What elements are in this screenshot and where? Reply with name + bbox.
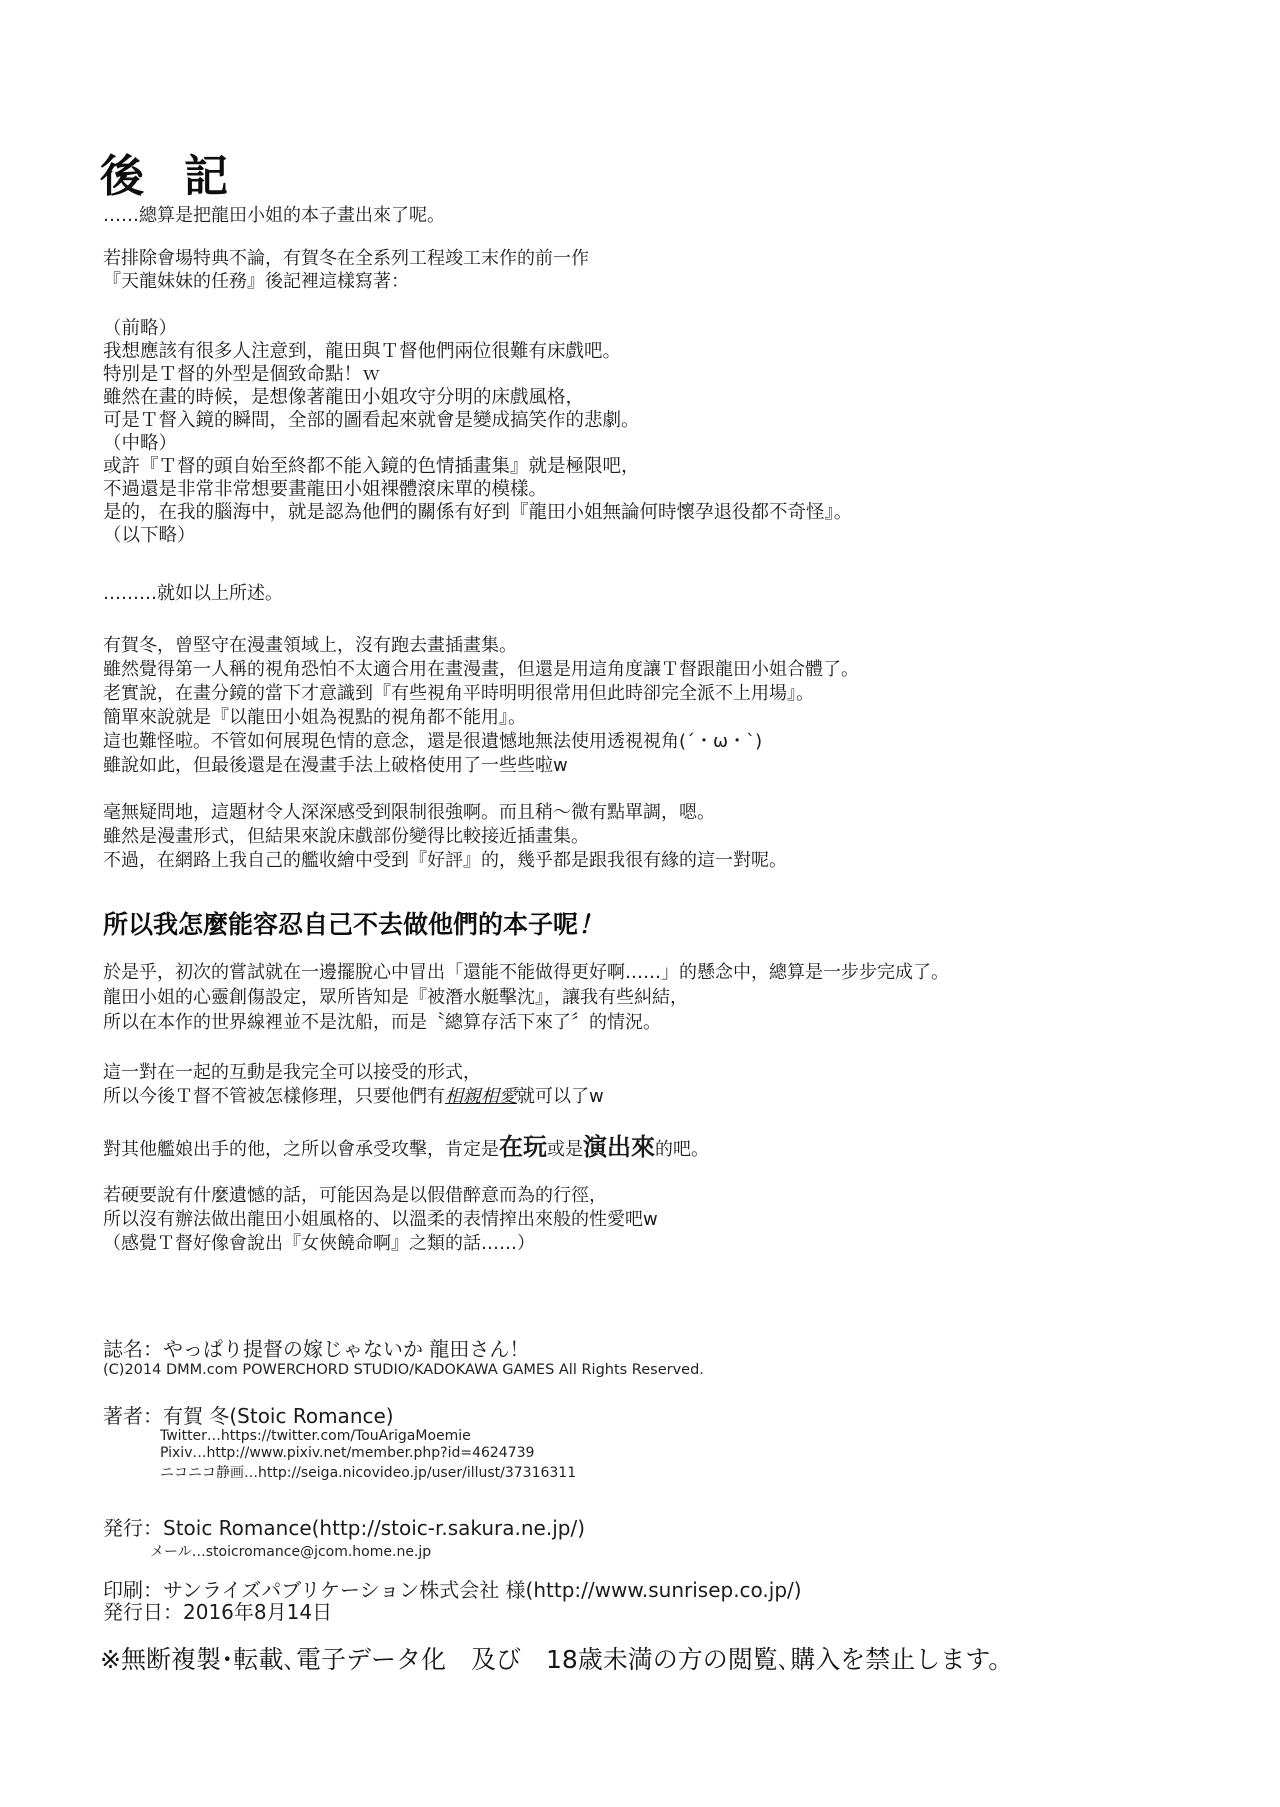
quote-line: 是的，在我的腦海中，就是認為他們的關係有好到『龍田小姐無論何時懷孕退役都不奇怪』… — [103, 502, 852, 524]
paragraph-line: 老實說，在畫分鏡的當下才意識到『有些視角平時明明很常用但此時卻完全派不上用場』。 — [103, 683, 814, 705]
paragraph-line: 『天龍妹妹的任務』後記裡這樣寫著： — [103, 271, 409, 293]
paragraph-line: 龍田小姐的心靈創傷設定，眾所皆知是『被潛水艇擊沈』，讓我有些糾結， — [103, 987, 688, 1009]
text-run: 或是 — [547, 1139, 583, 1160]
colophon-copyright: (C)2014 DMM.com POWERCHORD STUDIO/KADOKA… — [103, 1362, 704, 1378]
text-run: 所以今後Ｔ督不管被怎樣修理，只要他們有 — [103, 1086, 445, 1107]
colophon-date: 発行日：2016年8月14日 — [103, 1596, 332, 1625]
paragraph-line: 有賀冬，曾堅守在漫畫領域上，沒有跑去畫插畫集。 — [103, 635, 517, 657]
paragraph-line: 這一對在一起的互動是我完全可以接受的形式， — [103, 1062, 481, 1084]
quote-line: 不過還是非常非常想要畫龍田小姐裸體滾床單的模樣。 — [103, 479, 547, 501]
quote-line: 我想應該有很多人注意到，龍田與Ｔ督他們兩位很難有床戲吧。 — [103, 341, 621, 363]
paragraph-line: 雖然是漫畫形式，但結果來說床戲部份變得比較接近插畫集。 — [103, 826, 589, 848]
paragraph-line: 不過，在網路上我自己的艦收繪中受到『好評』的，幾乎都是跟我很有緣的這一對呢。 — [103, 850, 787, 872]
bold-text: 演出來 — [583, 1133, 655, 1161]
paragraph-line: 雖說如此，但最後還是在漫畫手法上破格使用了一些些啦w — [103, 755, 568, 777]
page-title: 後記 — [100, 140, 268, 204]
bold-text: 在玩 — [499, 1133, 547, 1161]
colophon-author: 著者：有賀 冬(Stoic Romance) — [103, 1400, 394, 1429]
afterword-page: 後記 ……總算是把龍田小姐的本子畫出來了呢。 若排除會場特典不論，有賀冬在全系列… — [0, 0, 1280, 1807]
paragraph-line: 這也難怪啦。不管如何展現色情的意念，還是很遺憾地無法使用透視視角(´・ω・`) — [103, 731, 762, 753]
author-link-nicoseiga: ニコニコ静画…http://seiga.nicovideo.jp/user/il… — [160, 1462, 576, 1482]
section-heading: 所以我怎麼能容忍自己不去做他們的本子呢！ — [103, 905, 603, 941]
quote-line: 雖然在畫的時候，是想像著龍田小姐攻守分明的床戲風格， — [103, 387, 584, 409]
paragraph-line: 對其他艦娘出手的他，之所以會承受攻擊，肯定是在玩或是演出來的吧。 — [103, 1136, 709, 1161]
heading-exclamation: ！ — [578, 910, 603, 939]
paragraph-line: 於是乎，初次的嘗試就在一邊擺脫心中冒出「還能不能做得更好啊……」的懸念中，總算是… — [103, 962, 949, 984]
paragraph-line: （感覺Ｔ督好像會說出『女俠饒命啊』之類的話……） — [103, 1233, 535, 1255]
paragraph-line: 所以今後Ｔ督不管被怎樣修理，只要他們有相親相愛就可以了w — [103, 1086, 604, 1108]
author-link-twitter: Twitter…https://twitter.com/TouArigaMoem… — [160, 1428, 471, 1444]
publisher-mail: メール…stoicromance@jcom.home.ne.jp — [150, 1541, 431, 1561]
quote-line: 特別是Ｔ督的外型是個致命點！ｗ — [103, 364, 381, 386]
paragraph-line: 所以在本作的世界線裡並不是沈船，而是〝總算存活下來了〞的情況。 — [103, 1012, 661, 1034]
heading-text: 所以我怎麼能容忍自己不去做他們的本子呢 — [103, 910, 578, 939]
text-run: 對其他艦娘出手的他，之所以會承受攻擊，肯定是 — [103, 1139, 499, 1160]
text-run: 的吧。 — [655, 1139, 709, 1160]
quote-line: （以下略） — [103, 525, 196, 547]
paragraph-line: 簡單來說就是『以龍田小姐為視點的視角都不能用』。 — [103, 707, 526, 729]
paragraph-line: 若硬要說有什麼遺憾的話，可能因為是以假借醉意而為的行徑， — [103, 1185, 607, 1207]
legal-warning: ※無断複製･転載､電子データ化 及び 18歳未満の方の閲覧､購入を禁止します。 — [100, 1640, 1013, 1676]
quote-line: 可是Ｔ督入鏡的瞬間，全部的圖看起來就會是變成搞笑作的悲劇。 — [103, 410, 640, 432]
paragraph-line: 毫無疑問地，這題材令人深深感受到限制很強啊。而且稍～微有點單調，嗯。 — [103, 802, 715, 824]
quote-line: （中略） — [103, 433, 177, 455]
paragraph-line: 若排除會場特典不論，有賀冬在全系列工程竣工末作的前一作 — [103, 248, 589, 270]
paragraph-line: ……總算是把龍田小姐的本子畫出來了呢。 — [103, 205, 445, 227]
text-run: 就可以了w — [517, 1086, 604, 1107]
colophon-publisher: 発行：Stoic Romance(http://stoic-r.sakura.n… — [103, 1512, 585, 1541]
emphasis-text: 相親相愛 — [445, 1086, 517, 1107]
colophon-title: 誌名：やっぱり提督の嫁じゃないか 龍田さん！ — [103, 1333, 529, 1362]
quote-line: 或許『Ｔ督的頭自始至終都不能入鏡的色情插畫集』就是極限吧， — [103, 456, 640, 478]
paragraph-line: 所以沒有辦法做出龍田小姐風格的、以溫柔的表情搾出來般的性愛吧w — [103, 1209, 658, 1231]
paragraph-line: ………就如以上所述。 — [103, 583, 283, 605]
paragraph-line: 雖然覺得第一人稱的視角恐怕不太適合用在畫漫畫，但還是用這角度讓Ｔ督跟龍田小姐合體… — [103, 659, 859, 681]
author-link-pixiv: Pixiv…http://www.pixiv.net/member.php?id… — [160, 1445, 534, 1461]
quote-line: （前略） — [103, 318, 177, 340]
